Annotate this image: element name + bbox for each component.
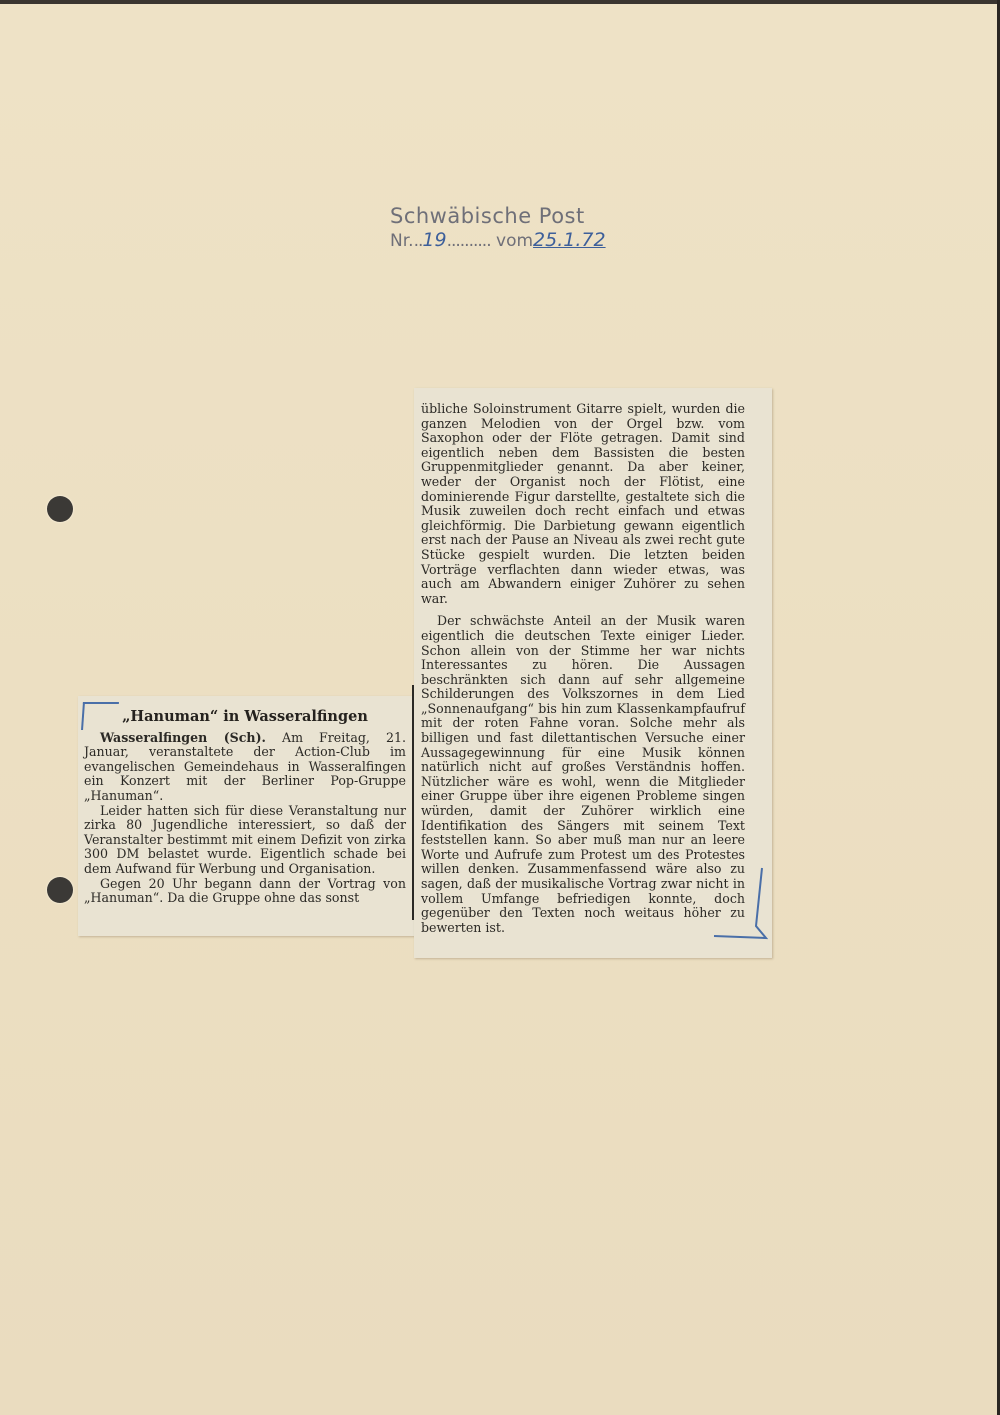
scan-top-edge bbox=[0, 0, 1000, 4]
paragraph: übliche Soloinstrument Gitarre spielt, w… bbox=[421, 402, 745, 606]
punch-hole-icon bbox=[47, 877, 73, 903]
paragraph: Der schwächste Anteil an der Musik waren… bbox=[421, 614, 745, 935]
nr-label: Nr. bbox=[390, 231, 414, 251]
article-column-right: übliche Soloinstrument Gitarre spielt, w… bbox=[421, 402, 745, 935]
dateline: Wasseralfingen (Sch). bbox=[100, 730, 266, 745]
publication-stamp: Schwäbische Post Nr...19.......... vom25… bbox=[390, 204, 606, 251]
article-headline: „Hanuman“ in Wasseralfingen bbox=[84, 710, 406, 725]
publication-name: Schwäbische Post bbox=[390, 204, 606, 228]
column-rule bbox=[412, 685, 414, 920]
vom-label: vom bbox=[496, 231, 533, 251]
paragraph: Wasseralfingen (Sch). Am Freitag, 21. Ja… bbox=[84, 731, 406, 804]
article-column-left: „Hanuman“ in Wasseralfingen Wasseralfing… bbox=[84, 706, 406, 906]
punch-hole-icon bbox=[47, 496, 73, 522]
issue-line: Nr...19.......... vom25.1.72 bbox=[390, 229, 606, 251]
paragraph: Leider hatten sich für diese Veranstaltu… bbox=[84, 804, 406, 877]
archive-page: Schwäbische Post Nr...19.......... vom25… bbox=[0, 0, 1000, 1415]
issue-date: 25.1.72 bbox=[533, 229, 606, 251]
paragraph: Gegen 20 Uhr begann dann der Vortrag von… bbox=[84, 877, 406, 906]
issue-number: 19 bbox=[422, 229, 446, 251]
